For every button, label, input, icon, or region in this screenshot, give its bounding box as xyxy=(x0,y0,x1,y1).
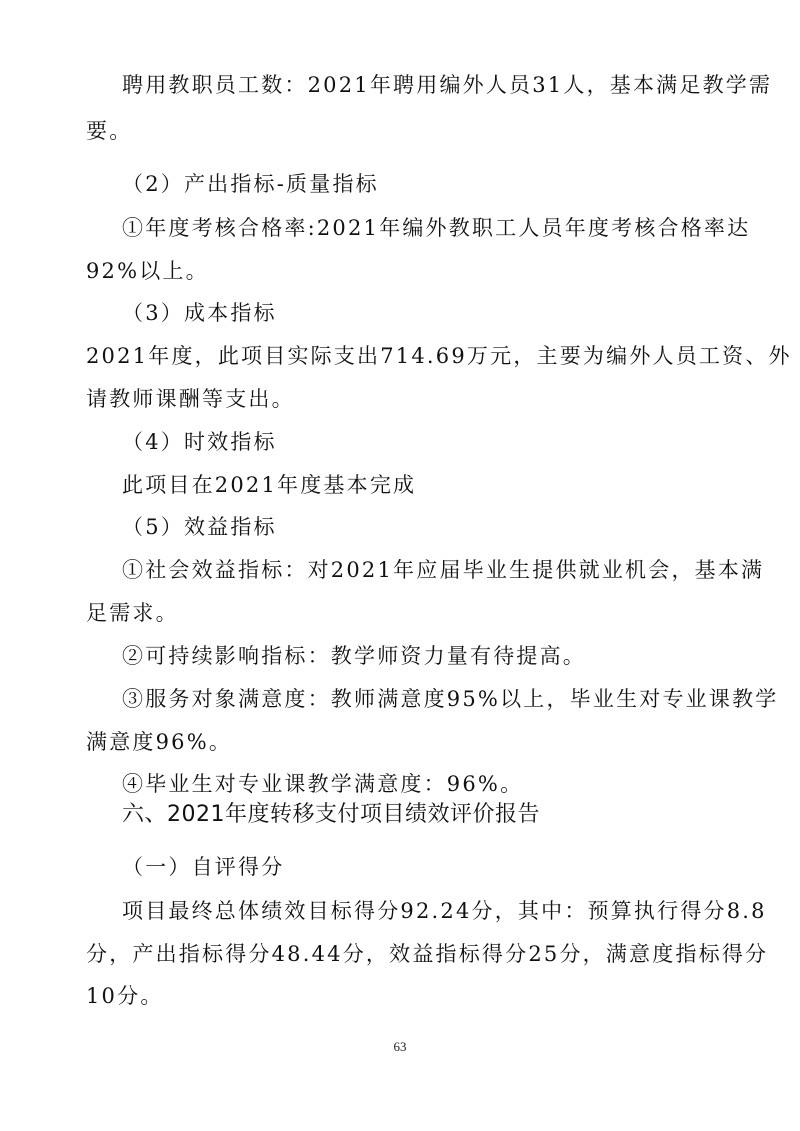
paragraph-line: 此项目在2021年度基本完成 xyxy=(122,471,762,499)
subsection-heading: （一）自评得分 xyxy=(122,853,762,881)
paragraph-line: ①年度考核合格率:2021年编外教职工人员年度考核合格率达 xyxy=(122,214,762,242)
subheading-cost: （3）成本指标 xyxy=(122,299,762,327)
page-number: 63 xyxy=(0,1039,800,1055)
paragraph-line: 足需求。 xyxy=(86,599,726,627)
subheading-timeliness: （4）时效指标 xyxy=(122,428,762,456)
paragraph-line: ④毕业生对专业课教学满意度：96%。 xyxy=(122,770,762,798)
paragraph-line: 满意度96%。 xyxy=(86,728,726,756)
paragraph-line: ③服务对象满意度：教师满意度95%以上，毕业生对专业课教学 xyxy=(122,685,762,713)
paragraph-line: 2021年度，此项目实际支出714.69万元，主要为编外人员工资、外 xyxy=(86,342,726,370)
paragraph-line: ①社会效益指标：对2021年应届毕业生提供就业机会，基本满 xyxy=(122,556,762,584)
subheading-output-quality: （2）产出指标-质量指标 xyxy=(122,170,762,198)
document-page: 聘用教职员工数：2021年聘用编外人员31人，基本满足教学需 要。 （2）产出指… xyxy=(0,0,800,1131)
subheading-benefit: （5）效益指标 xyxy=(122,513,762,541)
section-heading: 六、2021年度转移支付项目绩效评价报告 xyxy=(122,801,762,829)
paragraph-line: ②可持续影响指标：教学师资力量有待提高。 xyxy=(122,642,762,670)
paragraph-line: 要。 xyxy=(86,117,726,145)
paragraph-line: 聘用教职员工数：2021年聘用编外人员31人，基本满足教学需 xyxy=(122,71,762,99)
paragraph-line: 92%以上。 xyxy=(86,257,726,285)
paragraph-line: 分，产出指标得分48.44分，效益指标得分25分，满意度指标得分 xyxy=(86,940,726,968)
paragraph-line: 10分。 xyxy=(86,982,726,1010)
paragraph-line: 请教师课酬等支出。 xyxy=(86,385,726,413)
paragraph-line: 项目最终总体绩效目标得分92.24分，其中：预算执行得分8.8 xyxy=(122,897,762,925)
